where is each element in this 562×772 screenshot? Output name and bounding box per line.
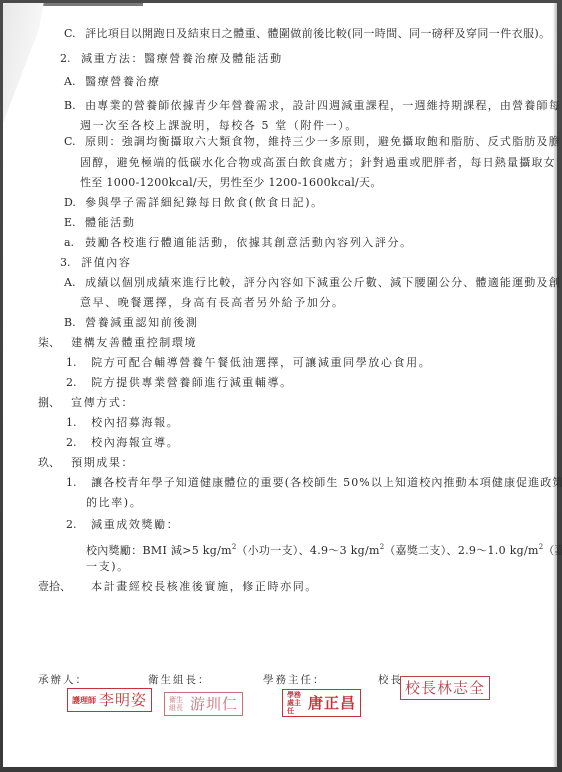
item-text: 營養減重認知前後測 xyxy=(85,316,198,329)
item-text: 校內招募海報。 xyxy=(91,416,179,429)
item-text: 醫療營養治療 xyxy=(85,75,161,88)
doc-line: 捌、 宣傳方式： xyxy=(38,396,134,410)
doc-line: D. 參與學子需詳細紀錄每日飲食(飲食日記)。 xyxy=(64,196,324,210)
item-label: 2. xyxy=(66,376,86,390)
item-label: 3. xyxy=(60,256,76,270)
doc-line: 2. 減重方法：醫療營養治療及體能活動 xyxy=(60,52,283,66)
item-label: E. xyxy=(64,216,80,230)
doc-line: 2. 院方提供專業營養師進行減重輔導。 xyxy=(66,376,293,390)
item-label: 1. xyxy=(66,476,86,490)
section-title: 宣傳方式： xyxy=(71,396,134,409)
item-text: 成績以個別成績來進行比較，評分內容如下減重公斤數、減下腰圍公分、體適能運動及創 xyxy=(85,276,561,289)
item-text: 鼓勵各校進行體適能活動，依據其創意活動內容列入評分。 xyxy=(85,236,413,249)
doc-line: 壹拾、 本計畫經校長核准後實施，修正時亦同。 xyxy=(38,580,318,594)
section-title: 本計畫經校長核准後實施，修正時亦同。 xyxy=(91,580,318,593)
doc-line: 一支)。 xyxy=(86,560,130,574)
reward-text: 校內獎勵：BMI 減>5 kg/m xyxy=(86,544,232,557)
doc-line: 2. 減重成效獎勵： xyxy=(66,518,179,532)
doc-line: A. 成績以個別成績來進行比較，評分內容如下減重公斤數、減下腰圍公分、體適能運動… xyxy=(64,276,561,290)
doc-line: 的比率)。 xyxy=(86,496,142,510)
item-label: C. xyxy=(64,27,80,41)
item-text: 性至 1000-1200kcal/天，男性至少 1200-1600kcal/天。 xyxy=(80,176,382,189)
item-text: 減重成效獎勵： xyxy=(91,518,179,531)
doc-line: B. 由專業的營養師依據青少年營養需求，設計四週減重課程，一週維持期課程，由營養… xyxy=(64,99,561,113)
item-label: 2. xyxy=(66,436,86,450)
signature-label-student-affairs: 學務主任： xyxy=(263,672,326,687)
stamp-handler: 護理師 李明姿 xyxy=(67,688,152,712)
doc-line: a. 鼓勵各校進行體適能活動，依據其創意活動內容列入評分。 xyxy=(64,236,413,250)
item-label: A. xyxy=(64,276,80,290)
section-label: 柒、 xyxy=(38,336,66,350)
item-text: 週一次至各校上課說明，每校各 5 堂（附件一）。 xyxy=(80,119,358,132)
doc-line: A. 醫療營養治療 xyxy=(64,75,161,89)
stamp-health-head: 衛生組長 游圳仁 xyxy=(164,692,243,716)
item-text: 一支)。 xyxy=(86,560,130,573)
item-label: B. xyxy=(64,99,80,113)
item-text: 原則：強調均衡攝取六大類食物，維持三少一多原則，避免攝取飽和脂肪、反式脂肪及膽 xyxy=(85,135,561,148)
section-label: 玖、 xyxy=(38,456,66,470)
item-label: B. xyxy=(64,316,80,330)
item-text: 院方可配合輔導營養午餐低油選擇，可讓減重同學放心食用。 xyxy=(91,356,431,369)
item-text: 評比項目以開跑日及結束日之體重、體圍做前後比較(同一時間、同一磅秤及穿同一件衣服… xyxy=(85,27,550,40)
section-title: 預期成果： xyxy=(71,456,134,469)
stamp-name: 唐正昌 xyxy=(308,693,356,713)
signature-label-handler: 承辦人： xyxy=(38,672,88,687)
doc-line: 固醇，避免極端的低碳水化合物或高蛋白飲食處方；針對過重或肥胖者，每日熱量攝取女 xyxy=(80,156,556,170)
item-label: 1. xyxy=(66,416,86,430)
stamp-name: 游圳仁 xyxy=(190,694,238,714)
item-label: a. xyxy=(64,236,80,250)
doc-line: 柒、 建構友善體重控制環境 xyxy=(38,336,197,350)
item-text: 參與學子需詳細紀錄每日飲食(飲食日記)。 xyxy=(85,196,324,209)
section-label: 壹拾、 xyxy=(38,580,86,594)
section-label: 捌、 xyxy=(38,396,66,410)
doc-line: E. 體能活動 xyxy=(64,216,136,230)
doc-line: C. 原則：強調均衡攝取六大類食物，維持三少一多原則，避免攝取飽和脂肪、反式脂肪… xyxy=(64,135,561,149)
item-text: 由專業的營養師依據青少年營養需求，設計四週減重課程，一週維持期課程，由營養師每 xyxy=(85,99,561,112)
item-text: 固醇，避免極端的低碳水化合物或高蛋白飲食處方；針對過重或肥胖者，每日熱量攝取女 xyxy=(80,156,556,169)
doc-line: B. 營養減重認知前後測 xyxy=(64,316,199,330)
doc-line: C. 評比項目以開跑日及結束日之體重、體圍做前後比較(同一時間、同一磅秤及穿同一… xyxy=(64,27,551,41)
doc-line: 1. 讓各校青年學子知道健康體位的重要(各校師生 50%以上知道校內推動本項健康… xyxy=(66,476,562,490)
reward-line: 校內獎勵：BMI 減>5 kg/m2（小功一支）、4.9～3 kg/m2（嘉獎二… xyxy=(86,540,562,558)
item-text: 體能活動 xyxy=(85,216,135,229)
stamp-name: 校長林志全 xyxy=(405,678,485,698)
item-text: 校內海報宣導。 xyxy=(91,436,179,449)
item-text: 的比率)。 xyxy=(86,496,142,509)
doc-line: 性至 1000-1200kcal/天，男性至少 1200-1600kcal/天。 xyxy=(80,176,382,190)
doc-line: 意早、晚餐選擇，身高有長高者另外給予加分。 xyxy=(80,296,345,310)
doc-line: 週一次至各校上課說明，每校各 5 堂（附件一）。 xyxy=(80,119,358,133)
item-label: 2. xyxy=(66,518,86,532)
item-label: D. xyxy=(64,196,80,210)
stamp-principal: 校長林志全 xyxy=(400,676,490,700)
item-text: 院方提供專業營養師進行減重輔導。 xyxy=(91,376,293,389)
stamp-student-affairs: 學務處主任 唐正昌 xyxy=(282,689,361,717)
doc-line: 玖、 預期成果： xyxy=(38,456,134,470)
item-text: 讓各校青年學子知道健康體位的重要(各校師生 50%以上知道校內推動本項健康促進政… xyxy=(91,476,562,489)
stamp-title: 護理師 xyxy=(72,696,96,705)
item-text: 減重方法：醫療營養治療及體能活動 xyxy=(81,52,283,65)
reward-text: （小功一支）、4.9～3 kg/m xyxy=(236,544,379,557)
item-label: A. xyxy=(64,75,80,89)
item-label: C. xyxy=(64,135,80,149)
doc-line: 2. 校內海報宣導。 xyxy=(66,436,179,450)
item-label: 1. xyxy=(66,356,86,370)
stamp-name: 李明姿 xyxy=(99,690,147,710)
item-label: 2. xyxy=(60,52,76,66)
stamp-title: 衛生組長 xyxy=(169,696,187,712)
doc-line: 1. 校內招募海報。 xyxy=(66,416,179,430)
page-right-edge xyxy=(554,3,557,767)
stamp-title: 學務處主任 xyxy=(287,691,305,715)
item-text: 意早、晚餐選擇，身高有長高者另外給予加分。 xyxy=(80,296,345,309)
doc-line: 1. 院方可配合輔導營養午餐低油選擇，可讓減重同學放心食用。 xyxy=(66,356,431,370)
signature-label-health-head: 衛生組長： xyxy=(148,672,211,687)
reward-text: （嘉獎 xyxy=(543,544,562,557)
reward-text: （嘉獎二支）、2.9～1.0 kg/m xyxy=(384,544,539,557)
doc-line: 3. 評值內容 xyxy=(60,256,132,270)
section-title: 建構友善體重控制環境 xyxy=(71,336,197,349)
item-text: 評值內容 xyxy=(81,256,131,269)
